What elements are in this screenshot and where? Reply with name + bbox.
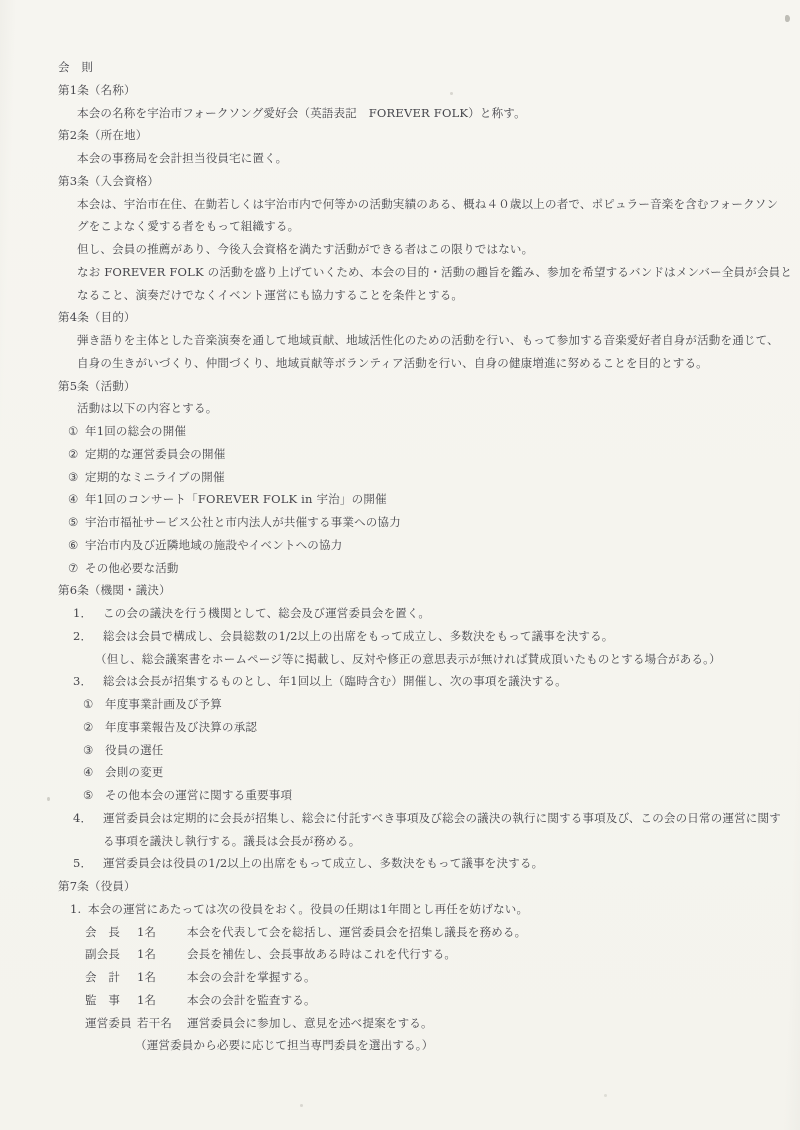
clause-text: 運営委員会は役員の1/2以上の出席をもって成立し、多数決をもって議事を決する。 bbox=[103, 852, 778, 875]
scanned-document-page: 会 則 第1条（名称） 本会の名称を宇治市フォークソング愛好会（英語表記 FOR… bbox=[0, 0, 800, 1130]
paragraph-line: 本会の名称を宇治市フォークソング愛好会（英語表記 FOREVER FOLK）と称… bbox=[58, 102, 778, 125]
role-title: 副会長 bbox=[85, 943, 137, 966]
sub-item-number: ① bbox=[83, 693, 105, 716]
list-item-text: 宇治市内及び近隣地域の施設やイベントへの協力 bbox=[85, 534, 342, 557]
role-count: 1名 bbox=[137, 943, 187, 966]
list-item-number: ① bbox=[68, 420, 85, 443]
role-title: 監 事 bbox=[85, 989, 137, 1012]
list-item-number: ⑥ bbox=[68, 534, 85, 557]
paragraph-line: 本会の事務局を会計担当役員宅に置く。 bbox=[58, 147, 778, 170]
role-count: 若干名 bbox=[137, 1012, 187, 1035]
paragraph-line: なお FOREVER FOLK の活動を盛り上げていくため、本会の目的・活動の趣… bbox=[58, 261, 778, 284]
sub-item-text: 役員の選任 bbox=[105, 739, 164, 762]
role-title: 運営委員 bbox=[85, 1012, 137, 1035]
clause: 1. 本会の運営にあたっては次の役員をおく。役員の任期は1年間とし再任を妨げない… bbox=[58, 898, 778, 921]
list-item-number: ③ bbox=[68, 466, 85, 489]
list-item-text: 定期的なミニライブの開催 bbox=[85, 466, 225, 489]
clause-text: 総会は会長が招集するものとし、年1回以上（臨時含む）開催し、次の事項を議決する。 bbox=[103, 670, 778, 693]
paragraph-line: グをこよなく愛する者をもって組織する。 bbox=[58, 215, 778, 238]
scan-dust-speck bbox=[47, 797, 50, 801]
clause: 4． 運営委員会は定期的に会長が招集し、総会に付託すべき事項及び総会の議決の執行… bbox=[58, 807, 778, 853]
role-row: 会 計 1名 本会の会計を掌握する。 bbox=[58, 966, 778, 989]
paragraph-line: 但し、会員の推薦があり、今後入会資格を満たす活動ができる者はこの限りではない。 bbox=[58, 238, 778, 261]
list-item: ① 年1回の総会の開催 bbox=[58, 420, 778, 443]
paragraph-line: 活動は以下の内容とする。 bbox=[58, 397, 778, 420]
paragraph-line: 弾き語りを主体とした音楽演奏を通して地域貢献、地域活性化のための活動を行い、もっ… bbox=[58, 329, 778, 352]
role-description: 運営委員会に参加し、意見を述べ提案をする。 bbox=[187, 1012, 778, 1035]
article-3-heading: 第3条（入会資格） bbox=[58, 170, 778, 193]
clause-text: この会の議決を行う機関として、総会及び運営委員会を置く。 bbox=[103, 602, 778, 625]
role-description: 会長を補佐し、会長事故ある時はこれを代行する。 bbox=[187, 943, 778, 966]
list-item: ② 定期的な運営委員会の開催 bbox=[58, 443, 778, 466]
role-row: 運営委員 若干名 運営委員会に参加し、意見を述べ提案をする。 bbox=[58, 1012, 778, 1035]
scan-dust-speck bbox=[300, 1104, 303, 1107]
clause-number: 1． bbox=[73, 602, 103, 625]
clause-text-line: 運営委員会は定期的に会長が招集し、総会に付託すべき事項及び総会の議決の執行に関す… bbox=[103, 807, 781, 830]
article-5-heading: 第5条（活動） bbox=[58, 375, 778, 398]
roles-note: （運営委員から必要に応じて担当専門委員を選出する。） bbox=[58, 1034, 778, 1057]
role-count: 1名 bbox=[137, 921, 187, 944]
sub-item-number: ⑤ bbox=[83, 784, 105, 807]
article-2-heading: 第2条（所在地） bbox=[58, 124, 778, 147]
article-6-heading: 第6条（機関・議決） bbox=[58, 579, 778, 602]
list-item: ⑤ 宇治市福祉サービス公社と市内法人が共催する事業への協力 bbox=[58, 511, 778, 534]
sub-item-text: その他本会の運営に関する重要事項 bbox=[105, 784, 292, 807]
role-title: 会 計 bbox=[85, 966, 137, 989]
role-description: 本会の会計を監査する。 bbox=[187, 989, 778, 1012]
clause-note: （但し、総会議案書をホームページ等に掲載し、反対や修正の意思表示が無ければ賛成頂… bbox=[95, 648, 778, 671]
role-count: 1名 bbox=[137, 989, 187, 1012]
role-description: 本会を代表して会を総括し、運営委員会を招集し議長を務める。 bbox=[187, 921, 778, 944]
role-row: 会 長 1名 本会を代表して会を総括し、運営委員会を招集し議長を務める。 bbox=[58, 921, 778, 944]
scan-dust-speck bbox=[785, 15, 790, 22]
role-row: 監 事 1名 本会の会計を監査する。 bbox=[58, 989, 778, 1012]
role-description: 本会の会計を掌握する。 bbox=[187, 966, 778, 989]
list-item: ⑦ その他必要な活動 bbox=[58, 557, 778, 580]
paragraph-line: 本会は、宇治市在住、在勤若しくは宇治市内で何等かの活動実績のある、概ね４０歳以上… bbox=[58, 193, 778, 216]
clause-number: 5． bbox=[73, 852, 103, 875]
sub-list-item: ③ 役員の選任 bbox=[58, 739, 778, 762]
list-item-number: ② bbox=[68, 443, 85, 466]
sub-list-item: ④ 会則の変更 bbox=[58, 761, 778, 784]
clause: 1． この会の議決を行う機関として、総会及び運営委員会を置く。 bbox=[58, 602, 778, 625]
list-item-text: 宇治市福祉サービス公社と市内法人が共催する事業への協力 bbox=[85, 511, 401, 534]
paragraph-line: なること、演奏だけでなくイベント運営にも協力することを条件とする。 bbox=[58, 284, 778, 307]
paragraph-line: 自身の生きがいづくり、仲間づくり、地域貢献等ボランティア活動を行い、自身の健康増… bbox=[58, 352, 778, 375]
clause: 3． 総会は会長が招集するものとし、年1回以上（臨時含む）開催し、次の事項を議決… bbox=[58, 670, 778, 693]
sub-item-number: ② bbox=[83, 716, 105, 739]
sub-item-number: ④ bbox=[83, 761, 105, 784]
clause-number: 4． bbox=[73, 807, 103, 853]
article-7-heading: 第7条（役員） bbox=[58, 875, 778, 898]
list-item-text: 定期的な運営委員会の開催 bbox=[85, 443, 225, 466]
clause-text-line: 総会は会員で構成し、会員総数の1/2以上の出席をもって成立し、多数決をもって議事… bbox=[103, 629, 614, 643]
list-item-number: ④ bbox=[68, 488, 85, 511]
clause: 2． 総会は会員で構成し、会員総数の1/2以上の出席をもって成立し、多数決をもっ… bbox=[58, 625, 778, 671]
sub-item-text: 会則の変更 bbox=[105, 761, 164, 784]
sub-item-number: ③ bbox=[83, 739, 105, 762]
article-4-heading: 第4条（目的） bbox=[58, 306, 778, 329]
clause-text-line: る事項を議決し執行する。議長は会長が務める。 bbox=[103, 830, 781, 853]
list-item: ③ 定期的なミニライブの開催 bbox=[58, 466, 778, 489]
sub-list-item: ① 年度事業計画及び予算 bbox=[58, 693, 778, 716]
clause-number: 3． bbox=[73, 670, 103, 693]
sub-item-text: 年度事業報告及び決算の承認 bbox=[105, 716, 257, 739]
document-title: 会 則 bbox=[58, 56, 778, 79]
clause: 5． 運営委員会は役員の1/2以上の出席をもって成立し、多数決をもって議事を決す… bbox=[58, 852, 778, 875]
role-count: 1名 bbox=[137, 966, 187, 989]
sub-item-text: 年度事業計画及び予算 bbox=[105, 693, 222, 716]
list-item: ⑥ 宇治市内及び近隣地域の施設やイベントへの協力 bbox=[58, 534, 778, 557]
list-item-text: 年1回の総会の開催 bbox=[85, 420, 186, 443]
sub-list-item: ② 年度事業報告及び決算の承認 bbox=[58, 716, 778, 739]
list-item-number: ⑦ bbox=[68, 557, 85, 580]
clause-text: 運営委員会は定期的に会長が招集し、総会に付託すべき事項及び総会の議決の執行に関す… bbox=[103, 807, 781, 853]
role-row: 副会長 1名 会長を補佐し、会長事故ある時はこれを代行する。 bbox=[58, 943, 778, 966]
list-item-text: その他必要な活動 bbox=[85, 557, 179, 580]
clause-text: 総会は会員で構成し、会員総数の1/2以上の出席をもって成立し、多数決をもって議事… bbox=[103, 625, 778, 671]
document-content: 会 則 第1条（名称） 本会の名称を宇治市フォークソング愛好会（英語表記 FOR… bbox=[58, 56, 778, 1057]
clause-text: 本会の運営にあたっては次の役員をおく。役員の任期は1年間とし再任を妨げない。 bbox=[88, 898, 528, 921]
role-title: 会 長 bbox=[85, 921, 137, 944]
clause-number: 1. bbox=[70, 898, 88, 921]
list-item-text: 年1回のコンサート「FOREVER FOLK in 宇治」の開催 bbox=[85, 488, 387, 511]
scan-dust-speck bbox=[604, 1094, 607, 1097]
article-1-heading: 第1条（名称） bbox=[58, 79, 778, 102]
list-item-number: ⑤ bbox=[68, 511, 85, 534]
sub-list-item: ⑤ その他本会の運営に関する重要事項 bbox=[58, 784, 778, 807]
list-item: ④ 年1回のコンサート「FOREVER FOLK in 宇治」の開催 bbox=[58, 488, 778, 511]
